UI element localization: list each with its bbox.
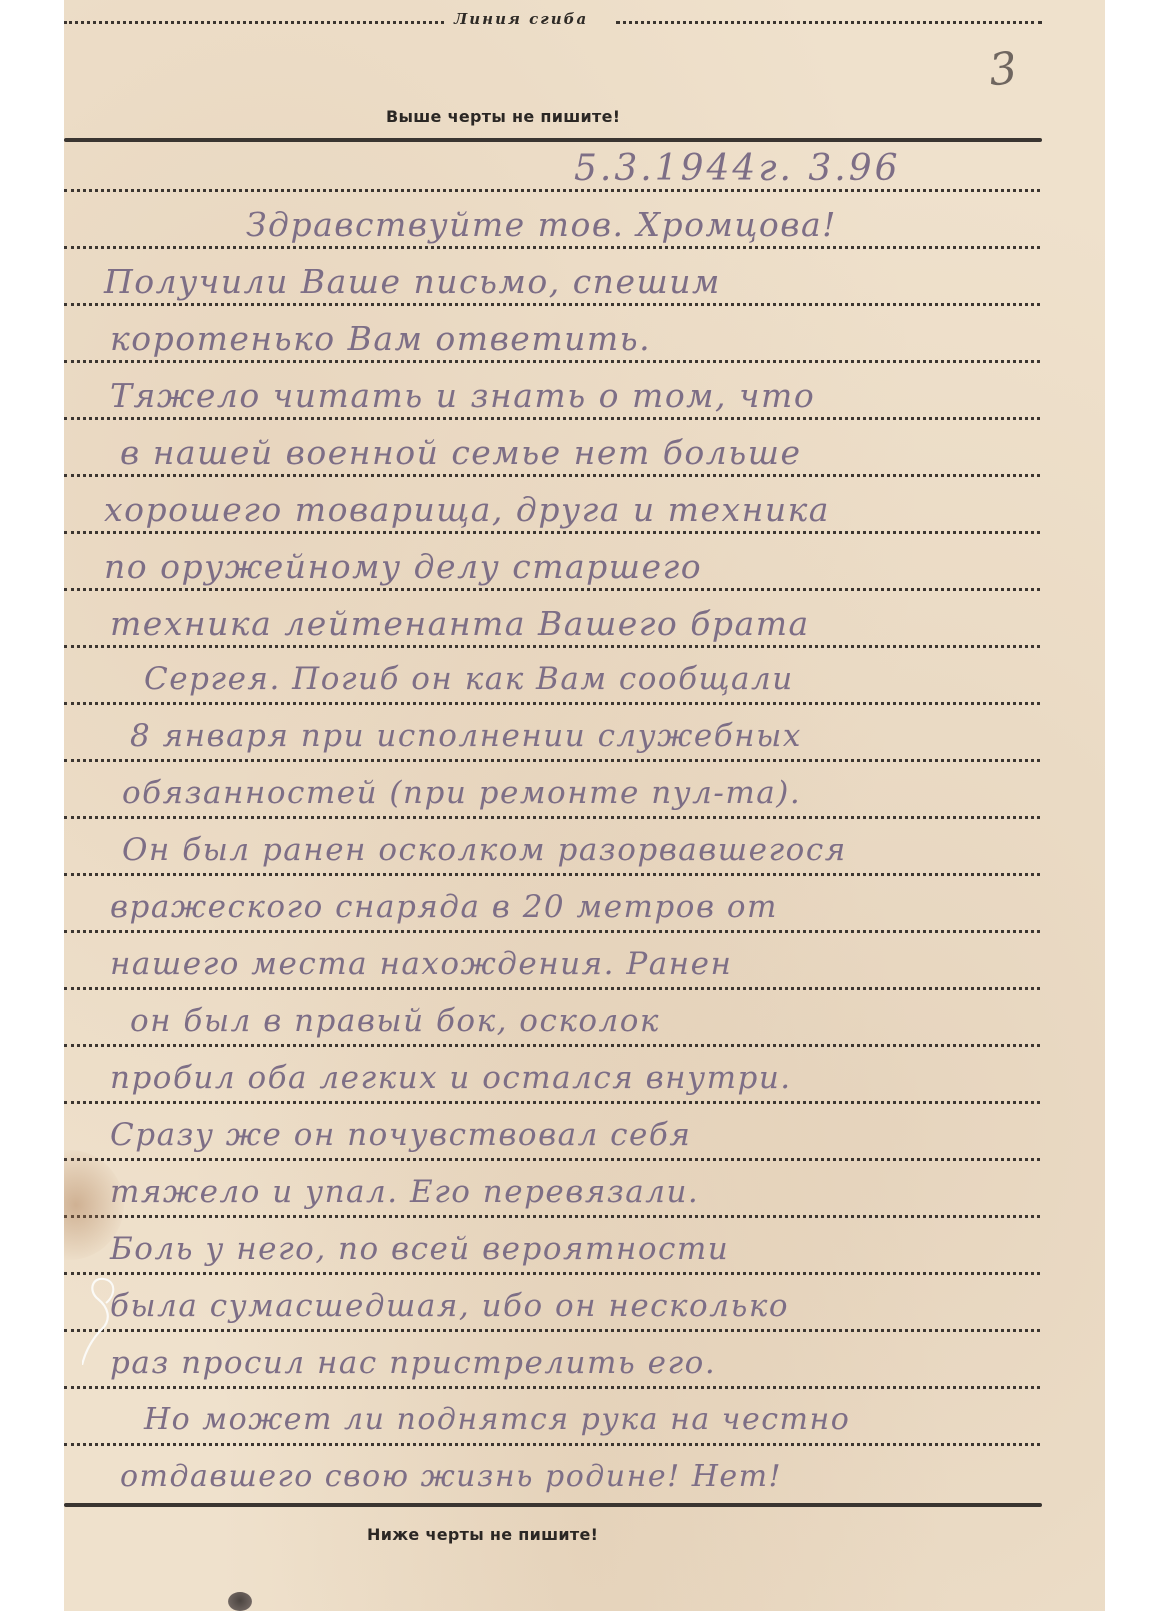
ink-spot: [228, 1592, 252, 1611]
bottom-rule: [64, 1503, 1042, 1507]
ruled-line: [64, 588, 1040, 591]
letter-line: он был в правый бок, осколок: [130, 1003, 660, 1039]
letter-line: Сергея. Погиб он как Вам сообщали: [144, 661, 794, 697]
letter-line: нашего места нахождения. Ранен: [110, 946, 732, 982]
ruled-line: [64, 1386, 1040, 1389]
ruled-line: [64, 702, 1040, 705]
letter-line: коротенько Вам ответить.: [110, 319, 651, 358]
letter-line: отдавшего свою жизнь родине! Нет!: [120, 1459, 782, 1494]
letter-line: Здравствуйте тов. Хромцова!: [246, 205, 837, 244]
letter-line: в нашей военной семье нет больше: [120, 433, 802, 472]
top-warning: Выше черты не пишите!: [386, 107, 620, 126]
ruled-line: [64, 1329, 1040, 1332]
ruled-line: [64, 1443, 1040, 1446]
ruled-line: [64, 759, 1040, 762]
letter-line: хорошего товарища, друга и техника: [104, 490, 830, 529]
letter-line: обязанностей (при ремонте пул-та).: [122, 775, 801, 811]
ruled-line: [64, 930, 1040, 933]
letter-line: тяжело и упал. Его перевязали.: [110, 1174, 699, 1210]
letter-line: Тяжело читать и знать о том, что: [110, 376, 815, 415]
ruled-line: [64, 303, 1040, 306]
fold-line: Линия сгиба: [64, 8, 1074, 28]
ruled-line: [64, 1044, 1040, 1047]
ruled-line: [64, 987, 1040, 990]
ruled-line: [64, 816, 1040, 819]
letter-line: Он был ранен осколком разорвавшегося: [122, 832, 847, 868]
top-rule: [64, 138, 1042, 142]
fold-line-label: Линия сгиба: [454, 10, 588, 28]
fold-line-dots-left: [64, 21, 444, 24]
ruled-line: [64, 1272, 1040, 1275]
letter-line: раз просил нас пристрелить его.: [110, 1345, 716, 1381]
letter-line: Боль у него, по всей вероятности: [110, 1231, 729, 1267]
bottom-warning: Ниже черты не пишите!: [367, 1525, 598, 1544]
letter-line: техника лейтенанта Вашего брата: [110, 604, 810, 643]
ruled-line: [64, 531, 1040, 534]
letter-line: по оружейному делу старшего: [104, 547, 702, 586]
letter-line: Сразу же он почувствовал себя: [110, 1117, 691, 1153]
ruled-line: [64, 1215, 1040, 1218]
letter-date: 5.3.1944г. 3.96: [574, 148, 901, 189]
letter-line: Получили Ваше письмо, спешим: [104, 262, 721, 301]
ruled-line: [64, 645, 1040, 648]
ruled-line: [64, 189, 1040, 192]
letter-line: пробил оба легких и остался внутри.: [110, 1060, 792, 1096]
ruled-line: [64, 417, 1040, 420]
ruled-line: [64, 360, 1040, 363]
thread-icon: [82, 1275, 122, 1365]
fold-line-dots-right: [616, 21, 1042, 24]
ruled-line: [64, 873, 1040, 876]
letter-line: 8 января при исполнении служебных: [130, 718, 802, 754]
ruled-line: [64, 474, 1040, 477]
letter-sheet: Линия сгиба 3 Выше черты не пишите! 5.3.…: [64, 0, 1105, 1611]
letter-line: была сумасшедшая, ибо он несколько: [110, 1288, 789, 1324]
ruled-line: [64, 246, 1040, 249]
ruled-line: [64, 1158, 1040, 1161]
letter-line: вражеского снаряда в 20 метров от: [110, 889, 778, 925]
ruled-line: [64, 1101, 1040, 1104]
letter-line: Но может ли поднятся рука на честно: [144, 1402, 850, 1437]
page-number: 3: [986, 43, 1019, 97]
